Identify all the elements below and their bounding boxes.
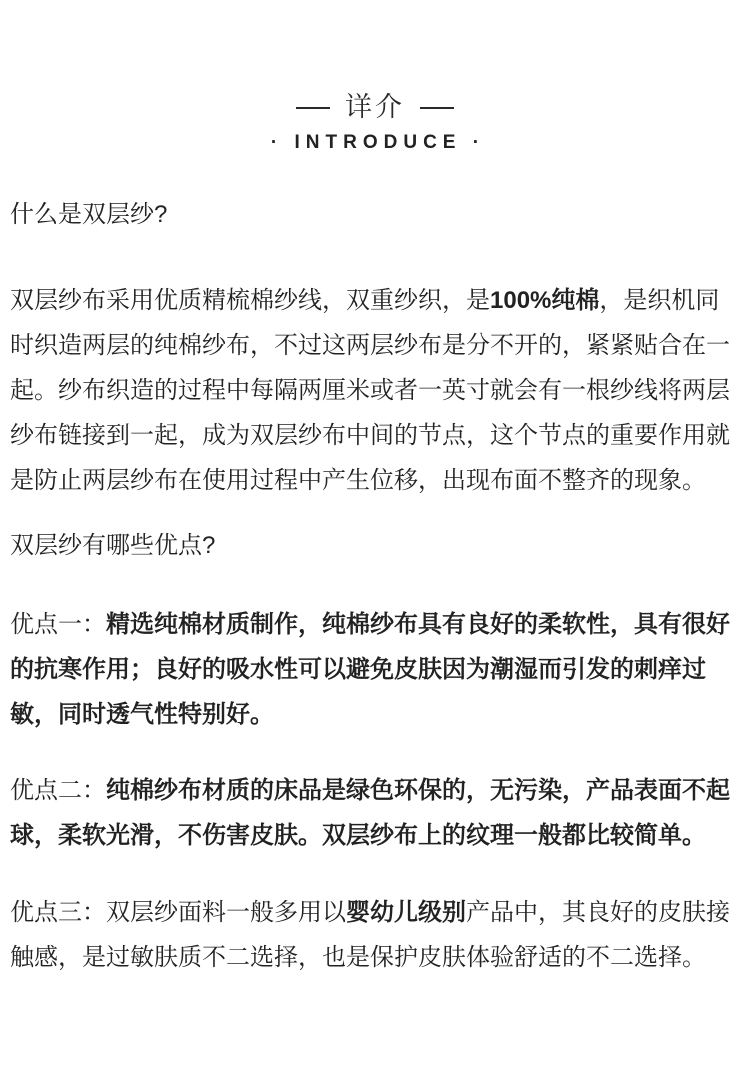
text-run: 双层纱布采用优质精梳棉纱线，双重纱织，是: [10, 287, 490, 314]
text-run: 优点三：双层纱面料一般多用以: [10, 899, 346, 926]
product-detail-page: 详介 · INTRODUCE · 什么是双层纱? 双层纱布采用优质精梳棉纱线，双…: [0, 0, 750, 1069]
text-run: ，是织机同时织造两层的纯棉纱布，不过这两层纱布是分不开的，紧紧贴合在一起。纱布织…: [10, 287, 730, 494]
question-advantages: 双层纱有哪些优点?: [10, 523, 740, 568]
section-title-en: · INTRODUCE ·: [0, 132, 750, 154]
text-run: 优点二：: [10, 777, 106, 804]
title-dash-left: [296, 107, 330, 109]
question-what-is-double-gauze: 什么是双层纱?: [10, 192, 740, 237]
advantage-2-paragraph: 优点二：纯棉纱布材质的床品是绿色环保的，无污染，产品表面不起球，柔软光滑，不伤害…: [10, 768, 740, 858]
emphasized-text-run: 精选纯棉材质制作，纯棉纱布具有良好的柔软性，具有很好的抗寒作用；良好的吸水性可以…: [10, 611, 730, 728]
emphasized-text-run: 纯棉纱布材质的床品是绿色环保的，无污染，产品表面不起球，柔软光滑，不伤害皮肤。双…: [10, 777, 730, 849]
intro-paragraph: 双层纱布采用优质精梳棉纱线，双重纱织，是100%纯棉，是织机同时织造两层的纯棉纱…: [10, 278, 740, 503]
section-title-cn-text: 详介: [345, 92, 405, 123]
section-header: 详介 · INTRODUCE ·: [0, 0, 750, 154]
emphasized-text-run: 100%纯棉: [490, 287, 599, 314]
text-run: 优点一：: [10, 611, 106, 638]
advantage-1-paragraph: 优点一：精选纯棉材质制作，纯棉纱布具有良好的柔软性，具有很好的抗寒作用；良好的吸…: [10, 602, 740, 737]
section-title-cn: 详介: [0, 92, 750, 123]
advantage-3-paragraph: 优点三：双层纱面料一般多用以婴幼儿级别产品中，其良好的皮肤接触感，是过敏肤质不二…: [10, 890, 740, 980]
title-dash-right: [420, 107, 454, 109]
emphasized-text-run: 婴幼儿级别: [346, 899, 466, 926]
